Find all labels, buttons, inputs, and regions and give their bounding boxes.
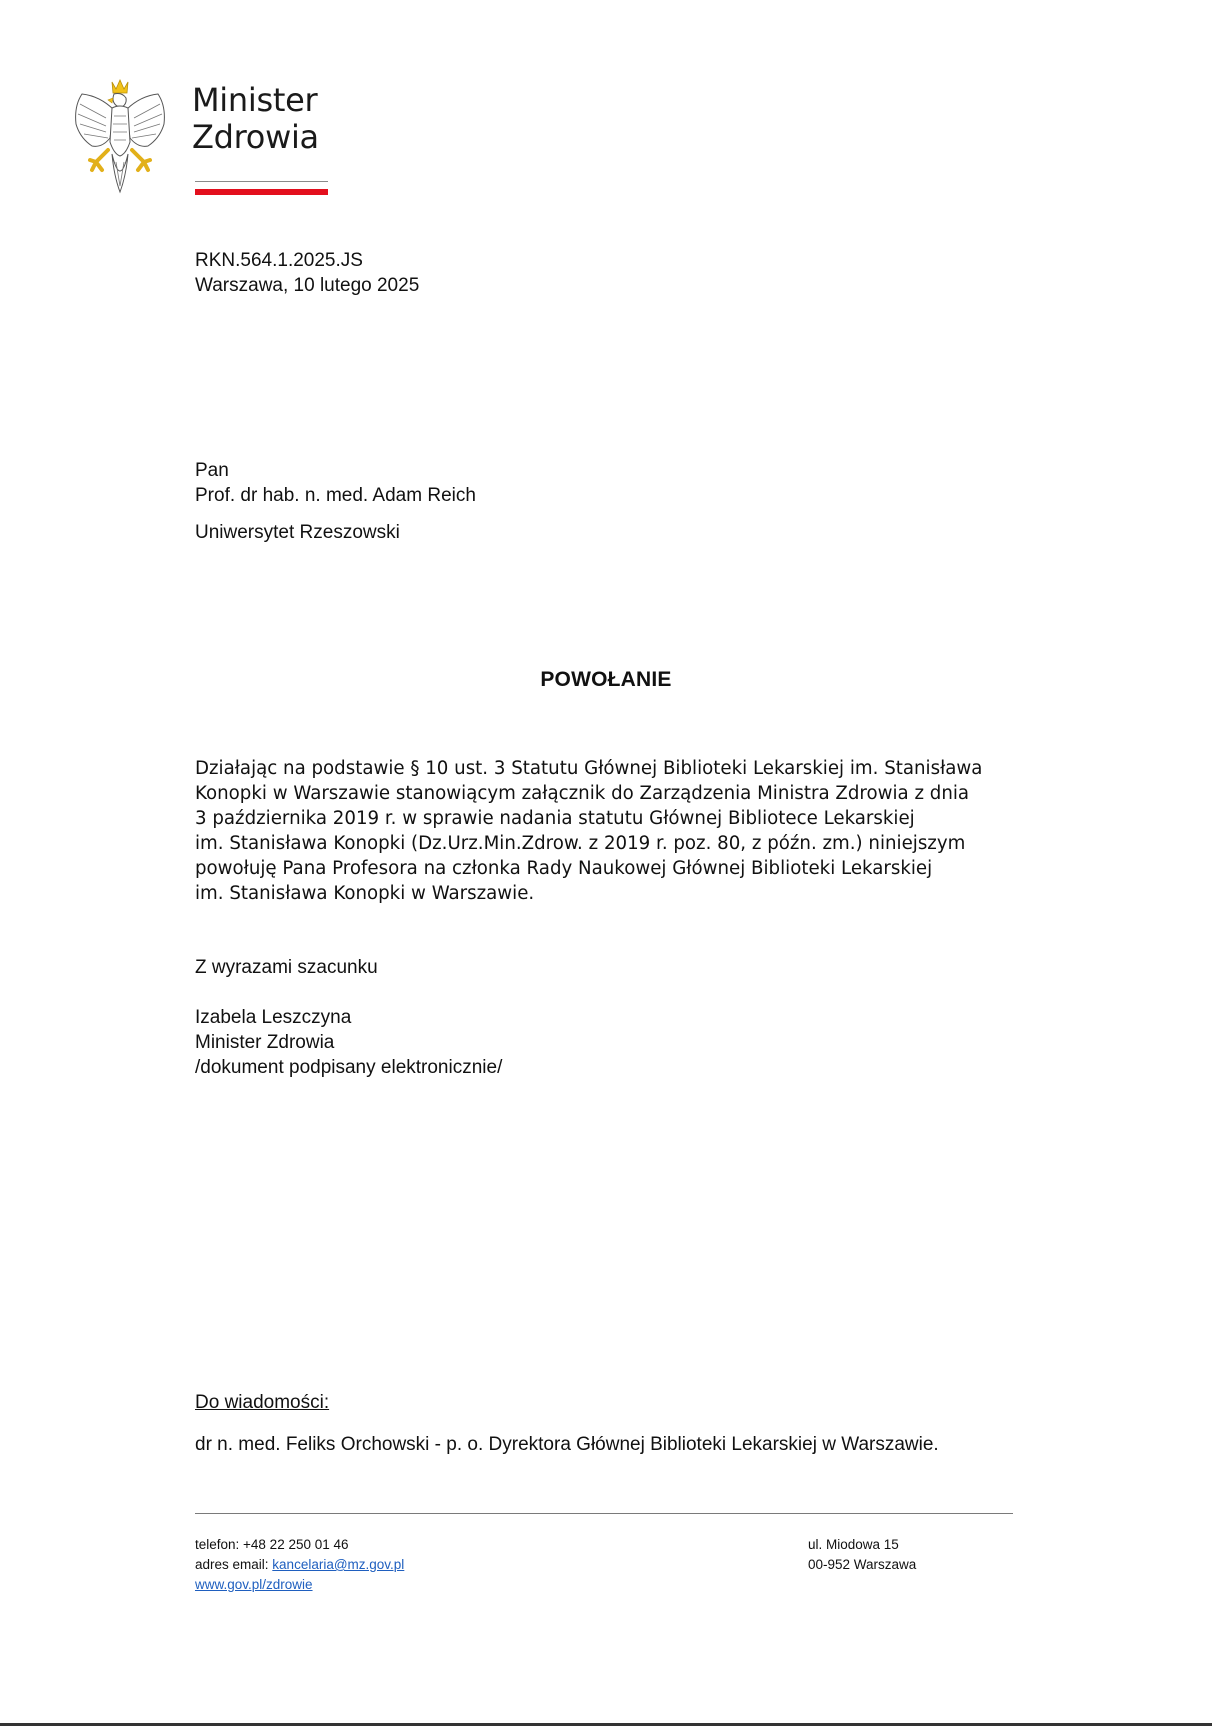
footer-address-line1: ul. Miodowa 15 (808, 1535, 916, 1555)
body-line: 3 października 2019 r. w sprawie nadania… (195, 806, 1015, 831)
letterhead-title-line2: Zdrowia (192, 119, 319, 156)
addressee-salutation: Pan (195, 458, 229, 483)
cc-recipient: dr n. med. Feliks Orchowski - p. o. Dyre… (195, 1432, 939, 1457)
reference-number: RKN.564.1.2025.JS (195, 248, 363, 273)
polish-eagle-emblem-icon (70, 76, 170, 196)
footer-divider (195, 1513, 1013, 1514)
letterhead-gray-rule (195, 181, 328, 182)
footer-phone: telefon: +48 22 250 01 46 (195, 1535, 404, 1555)
body-line: im. Stanisława Konopki (Dz.Urz.Min.Zdrow… (195, 831, 1015, 856)
footer-email-link[interactable]: kancelaria@mz.gov.pl (272, 1557, 404, 1572)
body-line: Konopki w Warszawie stanowiącym załączni… (195, 781, 1015, 806)
letterhead-title: Minister Zdrowia (192, 82, 319, 156)
letterhead-red-rule (195, 189, 328, 195)
closing-phrase: Z wyrazami szacunku (195, 955, 378, 980)
letterhead-title-line1: Minister (192, 82, 319, 119)
body-paragraph: Działając na podstawie § 10 ust. 3 Statu… (195, 756, 1015, 906)
footer-email-label: adres email: (195, 1557, 272, 1572)
footer-address: ul. Miodowa 15 00-952 Warszawa (808, 1535, 916, 1575)
footer-address-line2: 00-952 Warszawa (808, 1555, 916, 1575)
signatory-name: Izabela Leszczyna (195, 1005, 351, 1030)
addressee-institution: Uniwersytet Rzeszowski (195, 520, 400, 545)
body-line: powołuję Pana Profesora na członka Rady … (195, 856, 1015, 881)
footer-website-link[interactable]: www.gov.pl/zdrowie (195, 1577, 313, 1592)
signature-note: /dokument podpisany elektronicznie/ (195, 1055, 502, 1080)
cc-label: Do wiadomości: (195, 1390, 329, 1415)
addressee-name: Prof. dr hab. n. med. Adam Reich (195, 483, 476, 508)
body-line: Działając na podstawie § 10 ust. 3 Statu… (195, 756, 1015, 781)
document-title: POWOŁANIE (0, 668, 1212, 692)
footer-email-row: adres email: kancelaria@mz.gov.pl (195, 1555, 404, 1575)
body-line: im. Stanisława Konopki w Warszawie. (195, 881, 1015, 906)
signatory-position: Minister Zdrowia (195, 1030, 334, 1055)
letterhead-logo: Minister Zdrowia (70, 76, 340, 196)
place-and-date: Warszawa, 10 lutego 2025 (195, 273, 419, 298)
footer-contact: telefon: +48 22 250 01 46 adres email: k… (195, 1535, 404, 1595)
